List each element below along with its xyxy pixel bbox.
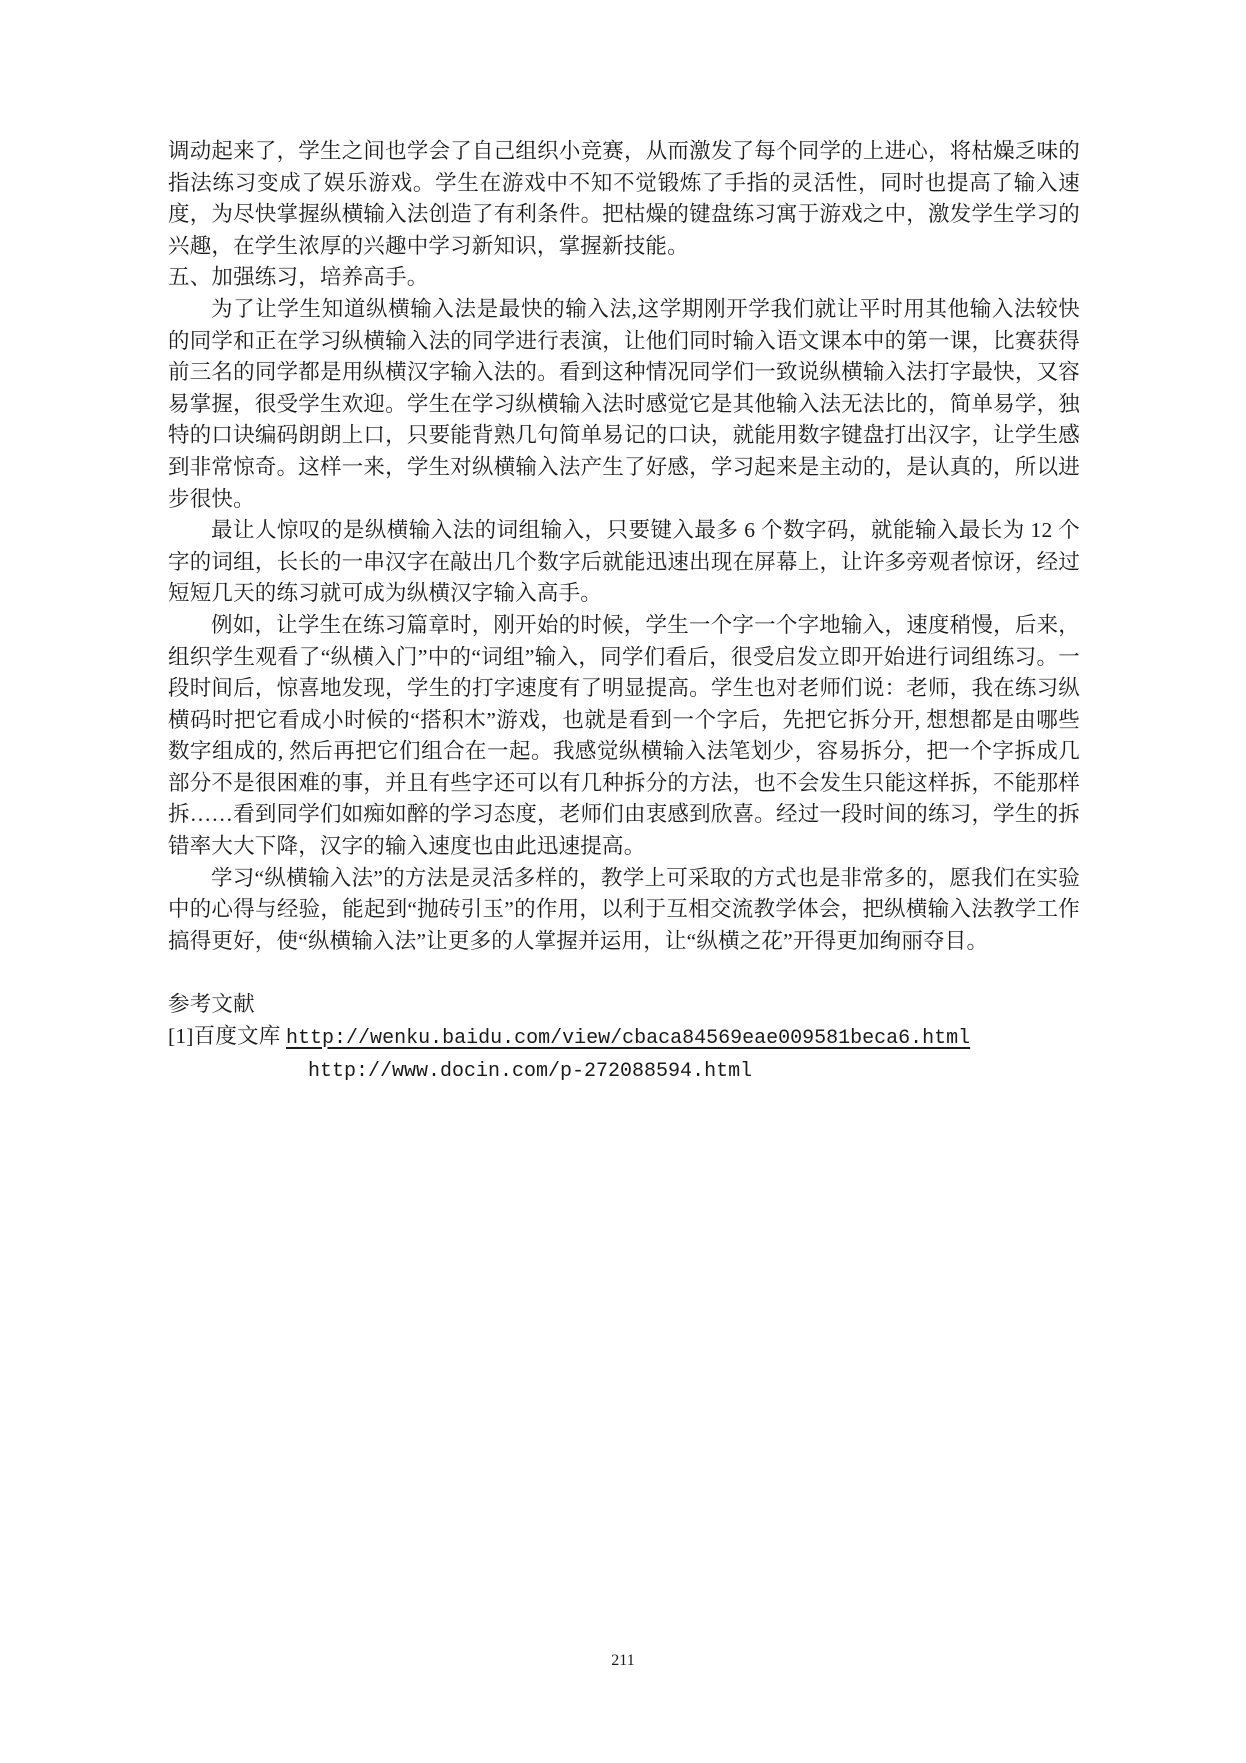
reference-entry: [1]百度文库 http://wenku.baidu.com/view/cbac… — [168, 1021, 1080, 1055]
reference-url-docin: http://www.docin.com/p-272088594.html — [308, 1060, 752, 1083]
paragraph: 例如，让学生在练习篇章时，刚开始的时候，学生一个字一个字地输入，速度稍慢，后来，… — [168, 610, 1080, 863]
reference-entry-label: [1]百度文库 — [168, 1024, 286, 1048]
paragraph: 为了让学生知道纵横输入法是最快的输入法,这学期刚开学我们就让平时用其他输入法较快… — [168, 294, 1080, 515]
page-number: 211 — [0, 1652, 1246, 1670]
document-page: 调动起来了，学生之间也学会了自己组织小竞赛，从而激发了每个同学的上进心，将枯燥乏… — [0, 0, 1246, 1763]
section-heading: 五、加强练习，培养高手。 — [168, 262, 1080, 294]
reference-link-wenku[interactable]: http://wenku.baidu.com/view/cbaca84569ea… — [286, 1027, 970, 1050]
paragraph: 最让人惊叹的是纵横输入法的词组输入，只要键入最多 6 个数字码，就能输入最长为 … — [168, 515, 1080, 610]
paragraph-continuation: 调动起来了，学生之间也学会了自己组织小竞赛，从而激发了每个同学的上进心，将枯燥乏… — [168, 136, 1080, 262]
document-content: 调动起来了，学生之间也学会了自己组织小竞赛，从而激发了每个同学的上进心，将枯燥乏… — [168, 136, 1080, 1088]
paragraph: 学习“纵横输入法”的方法是灵活多样的，教学上可采取的方式也是非常多的，愿我们在实… — [168, 863, 1080, 958]
reference-entry-secondary: http://www.docin.com/p-272088594.html — [168, 1054, 1080, 1088]
references-section: 参考文献 [1]百度文库 http://wenku.baidu.com/view… — [168, 989, 1080, 1088]
references-heading: 参考文献 — [168, 989, 1080, 1021]
